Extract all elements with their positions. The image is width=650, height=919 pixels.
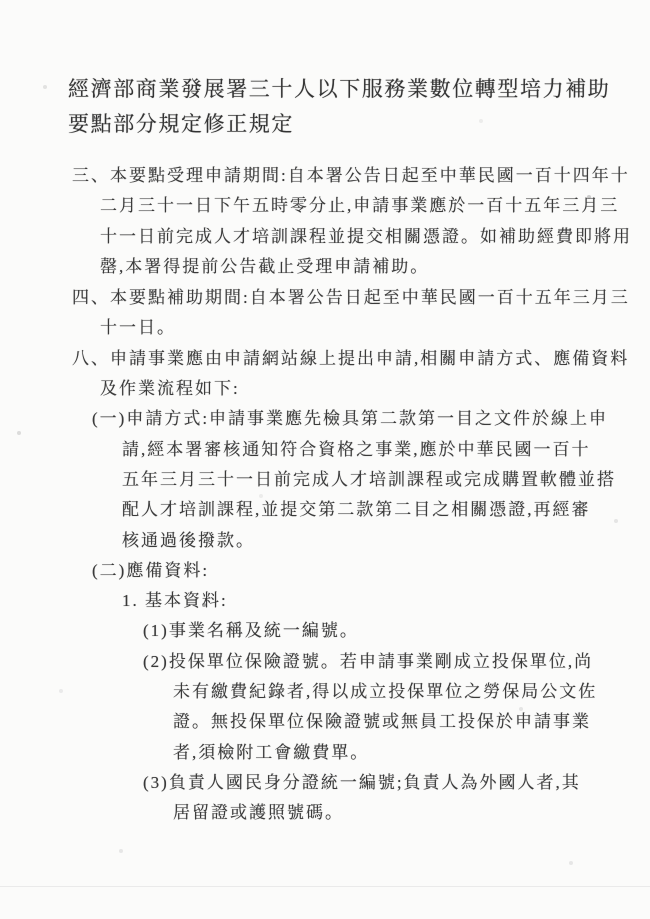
document-title-line-2: 要點部分規定修正規定 (68, 109, 294, 139)
item-8-1-line-3: 五年三月三十一日前完成人才培訓課程或完成購置軟體並搭 (122, 467, 616, 493)
item-4-line-1: 四、本要點補助期間:自本署公告日起至中華民國一百十五年三月三 (72, 285, 630, 311)
item-8-2-1-2-line-1: (2)投保單位保險證號。若申請事業剛成立投保單位,尚 (143, 649, 593, 675)
item-8-line-2: 及作業流程如下: (100, 376, 240, 402)
item-3-line-2: 二月三十一日下午五時零分止,申請事業應於一百十五年三月三 (100, 193, 619, 219)
item-8-1-line-4: 配人才培訓課程,並提交第二款第二目之相關憑證,再經審 (122, 497, 591, 523)
scanned-document-page: 經濟部商業發展署三十人以下服務業數位轉型培力補助 要點部分規定修正規定 三、本要… (0, 0, 650, 919)
item-8-2-1-2-line-2: 未有繳費紀錄者,得以成立投保單位之勞保局公文佐 (173, 679, 597, 705)
item-8-2-line-1: (二)應備資料: (92, 558, 209, 584)
item-8-2-1-2-line-4: 者,須檢附工會繳費單。 (173, 740, 369, 766)
item-8-1-line-1: (一)申請方式:申請事業應先檢具第二款第一目之文件於線上申 (92, 406, 608, 432)
item-3-line-3: 十一日前完成人才培訓課程並提交相關憑證。如補助經費即將用 (100, 224, 632, 250)
item-8-2-1-2-line-3: 證。無投保單位保險證號或無員工投保於申請事業 (173, 709, 591, 735)
item-8-2-1-1-line-1: (1)事業名稱及統一編號。 (143, 618, 359, 644)
document-title-line-1: 經濟部商業發展署三十人以下服務業數位轉型培力補助 (68, 74, 610, 104)
item-3-line-4: 罄,本署得提前公告截止受理申請補助。 (100, 254, 429, 280)
item-4-line-2: 十一日。 (100, 315, 176, 341)
item-8-2-1-3-line-1: (3)負責人國民身分證統一編號;負責人為外國人者,其 (143, 770, 581, 796)
item-8-1-line-5: 核通過後撥款。 (122, 528, 255, 554)
item-3-line-1: 三、本要點受理申請期間:自本署公告日起至中華民國一百十四年十 (72, 163, 630, 189)
scan-streak-artifact (0, 886, 650, 887)
item-8-2-1-3-line-2: 居留證或護照號碼。 (173, 800, 344, 826)
item-8-line-1: 八、申請事業應由申請網站線上提出申請,相關申請方式、應備資料 (72, 346, 629, 372)
item-8-2-1-line-1: 1. 基本資料: (122, 588, 228, 614)
scan-speckles (0, 0, 2, 2)
item-8-1-line-2: 請,經本署審核通知符合資格之事業,應於中華民國一百十 (122, 437, 591, 463)
